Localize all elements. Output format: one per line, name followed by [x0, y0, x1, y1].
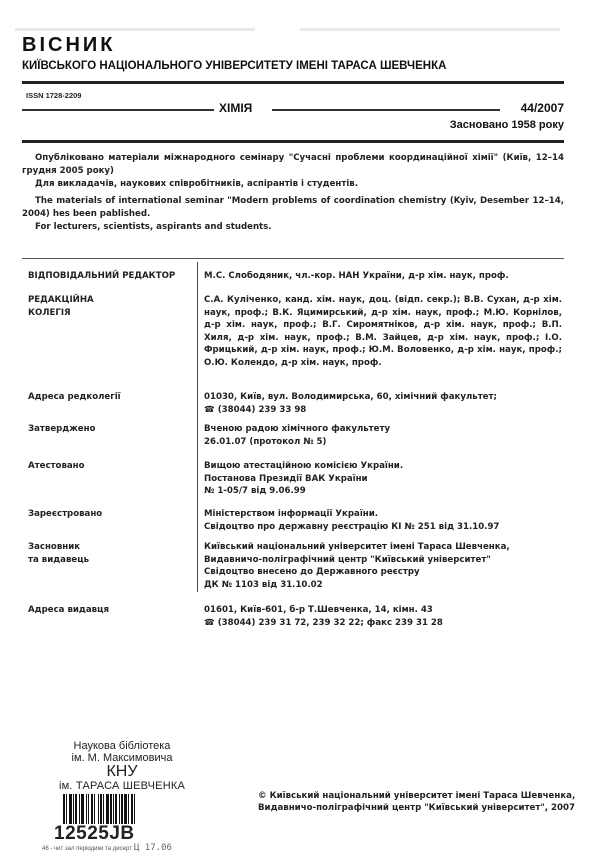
library-note: 46 - чит зал періодики та дисертЦ 17.06	[42, 844, 202, 854]
row-value: Вищою атестаційною комісією України. Пос…	[204, 460, 562, 498]
row-value: 01601, Київ-601, б-р Т.Шевченка, 14, кім…	[204, 604, 562, 629]
copyright-line2: Видавничо-поліграфічний центр "Київський…	[258, 802, 578, 814]
header-rule	[22, 81, 564, 84]
row-label: РЕДАКЦІЙНА КОЛЕГІЯ	[28, 294, 98, 319]
row-label: ВІДПОВІДАЛЬНИЙ РЕДАКТОР	[28, 270, 188, 283]
row-value: М.С. Слободяник, чл.-кор. НАН України, д…	[204, 270, 562, 283]
intro-en-audience: For lecturers, scientists, aspirants and…	[22, 221, 564, 234]
row-value: Вченою радою хімічного факультету 26.01.…	[204, 423, 562, 448]
library-abbr: КНУ	[42, 764, 202, 780]
library-name: Наукова бібліотека	[42, 740, 202, 752]
row-label: Засновник та видавець	[28, 541, 188, 566]
library-code: 12525JB	[42, 824, 202, 844]
copyright-line1: © Київський національний університет іме…	[258, 790, 578, 802]
header-bottom-rule	[22, 140, 564, 143]
founded-year: Засновано 1958 року	[450, 119, 564, 131]
row-label: Затверджено	[28, 423, 188, 436]
column-divider	[197, 262, 198, 592]
intro-uk-audience: Для викладачів, наукових співробітників,…	[22, 178, 564, 191]
copyright: © Київський національний університет іме…	[258, 790, 578, 814]
intro-block: Опубліковано матеріали міжнародного семі…	[22, 152, 564, 234]
intro-rule	[22, 258, 564, 259]
row-value: Київський національний університет імені…	[204, 541, 562, 591]
row-value: 01030, Київ, вул. Володимирська, 60, хім…	[204, 391, 562, 416]
section-name: ХІМІЯ	[219, 101, 252, 115]
library-stamp: Наукова бібліотека ім. М. Максимовича КН…	[42, 740, 202, 854]
handwritten-mark: Ц 17.06	[134, 843, 172, 853]
section-row: ХІМІЯ 44/2007	[22, 101, 564, 117]
bleed-through-text	[15, 28, 255, 31]
row-label: Зареєстровано	[28, 508, 188, 521]
intro-en-materials: The materials of international seminar "…	[22, 195, 564, 221]
section-rule-left	[22, 109, 214, 111]
row-label: Атестовано	[28, 460, 188, 473]
intro-uk-materials: Опубліковано матеріали міжнародного семі…	[22, 152, 564, 178]
library-university: ім. ТАРАСА ШЕВЧЕНКА	[42, 780, 202, 792]
section-rule-right	[272, 109, 500, 111]
issue-number: 44/2007	[521, 101, 564, 115]
journal-subtitle: КИЇВСЬКОГО НАЦІОНАЛЬНОГО УНІВЕРСИТЕТУ ІМ…	[22, 60, 446, 72]
issn: ISSN 1728-2209	[26, 91, 81, 100]
row-value: Міністерством інформації України. Свідоц…	[204, 508, 562, 533]
journal-title: ВІСНИК	[22, 34, 115, 57]
barcode-icon	[63, 794, 181, 824]
bleed-through-text	[300, 28, 560, 31]
row-label: Адреса видавця	[28, 604, 188, 617]
row-label: Адреса редколегії	[28, 391, 188, 404]
row-value: С.А. Куліченко, канд. хім. наук, доц. (в…	[204, 294, 562, 369]
